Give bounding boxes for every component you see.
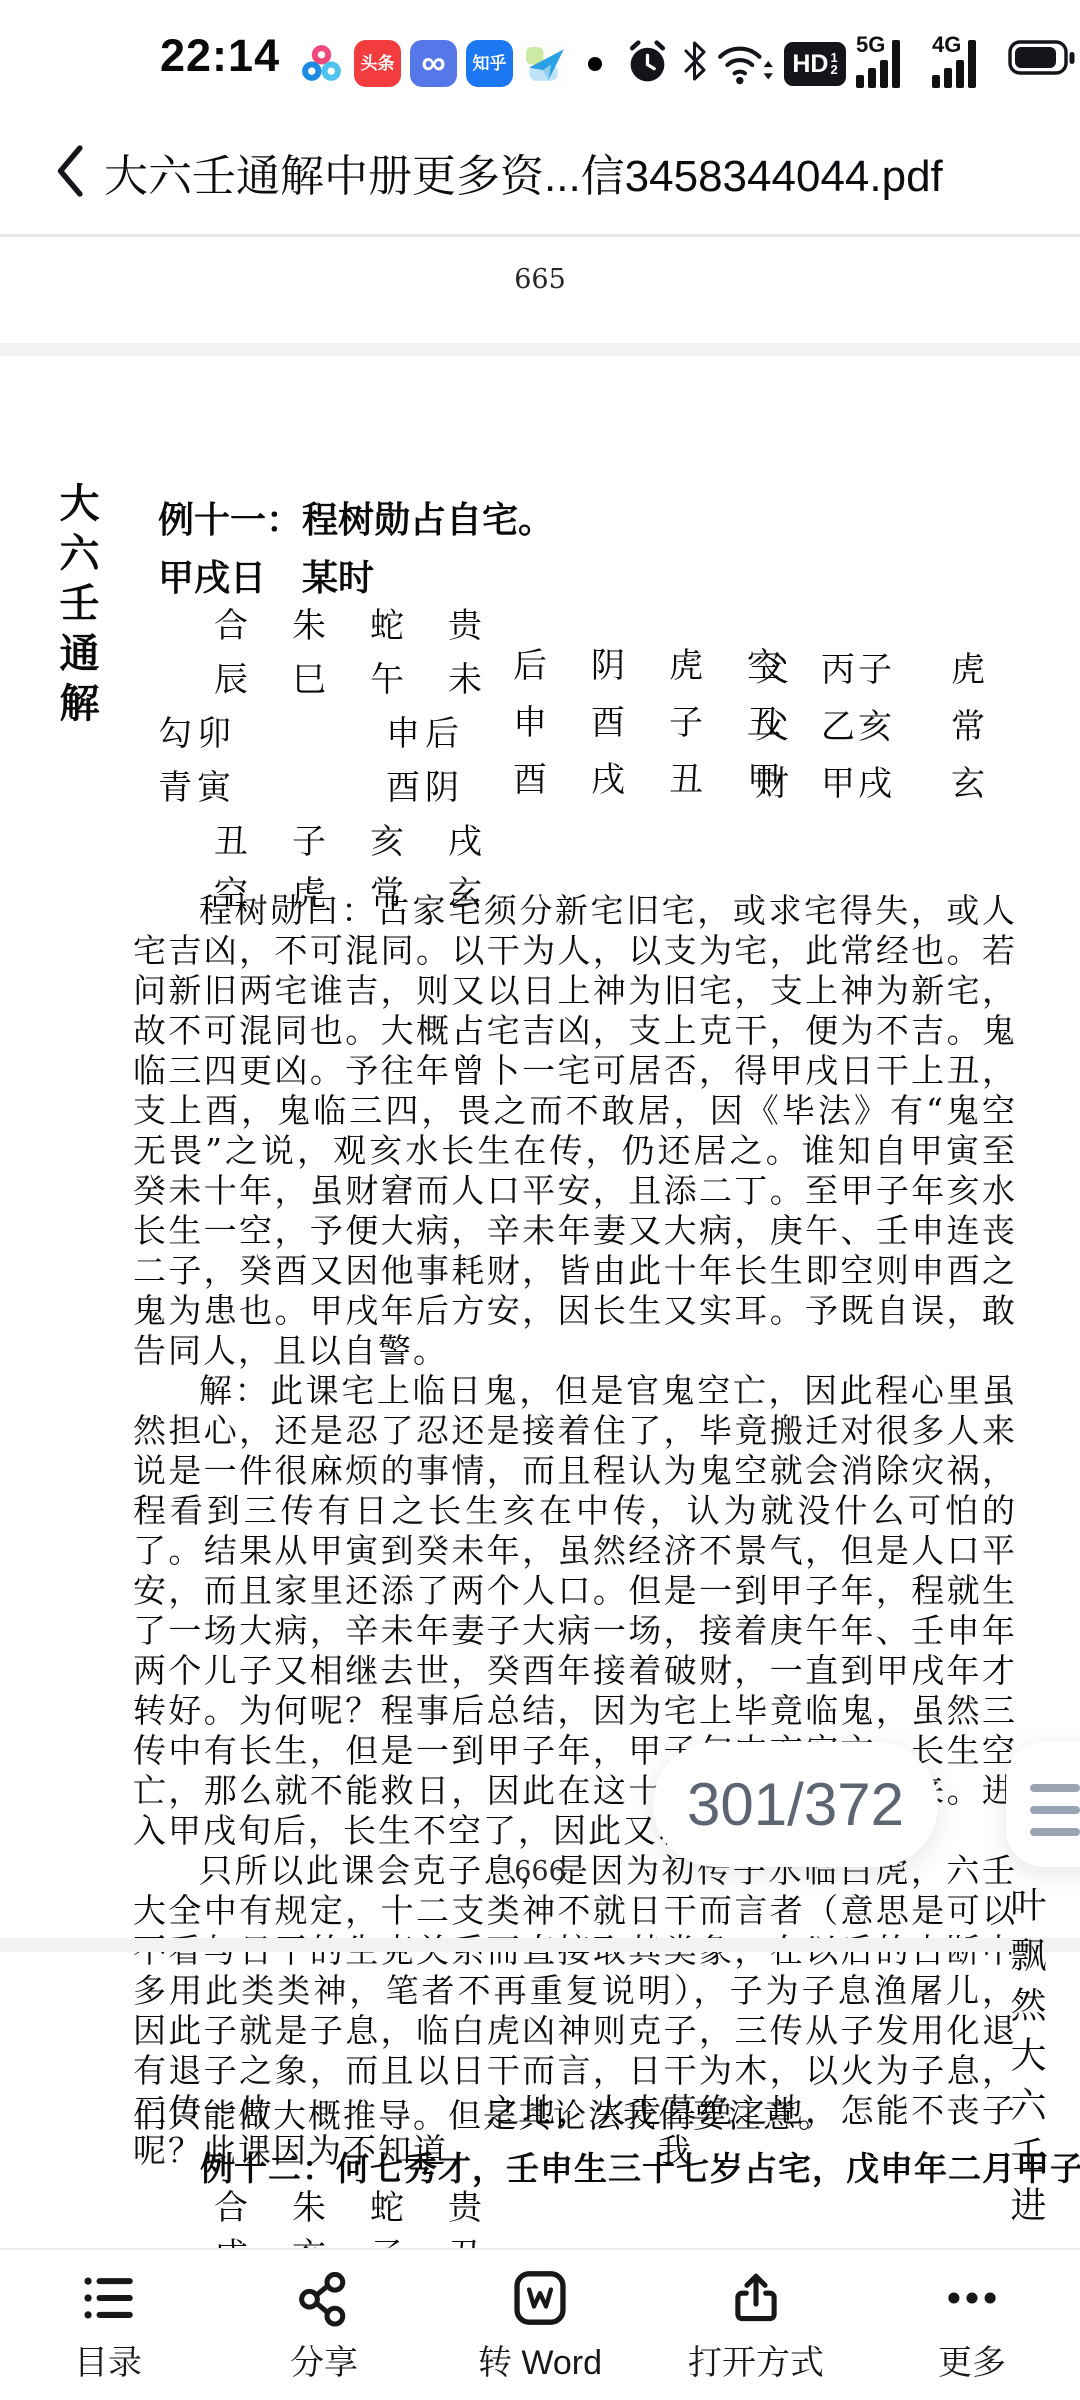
four-lessons-row-1: 后 阴 虎 空 — [513, 638, 786, 687]
relation: 父 — [755, 642, 789, 691]
transmission-row-1: 父 丙子 虎 — [755, 642, 1005, 682]
pillar: 乙亥 — [821, 699, 895, 748]
side-menu-button[interactable] — [1006, 1742, 1080, 1867]
plate-right-mid-2: 酉阴 — [386, 760, 464, 809]
general: 虎 — [951, 642, 985, 691]
page-indicator-pill[interactable]: 301/372 — [653, 1742, 938, 1867]
general: 常 — [951, 699, 985, 748]
status-bar: 22:14 头条 ∞ 知乎 — [0, 0, 1080, 110]
signal-5g-icon: 5G — [856, 34, 922, 88]
hd-voice-badge-icon: HD 1 2 — [784, 42, 846, 86]
zhihu-notification-icon: 知乎 — [466, 40, 513, 87]
case-11-heading: 例十一：程树勋占自宅。 — [158, 492, 554, 543]
bluetooth-icon — [682, 38, 708, 89]
plate-branches-bottom-row: 丑 子 亥 戌 — [214, 814, 487, 863]
word-document-icon — [511, 2269, 569, 2327]
signal-bars — [932, 40, 976, 88]
body-text: 程树勋曰：占家宅须分新宅旧宅，或求宅得失，或人宅吉凶，不可混同。以干为人，以支为… — [133, 891, 1017, 2171]
wifi-icon — [716, 42, 776, 91]
share-nodes-icon — [295, 2269, 353, 2327]
contents-list-icon — [79, 2269, 137, 2327]
relation: 财 — [755, 756, 789, 805]
toolbar-label: 目录 — [74, 2335, 142, 2384]
toolbar-label: 打开方式 — [688, 2335, 824, 2384]
infinity-app-notification-icon: ∞ — [410, 40, 457, 87]
signal-bars — [856, 40, 900, 88]
clock-time: 22:14 — [160, 30, 280, 82]
netdisk-notification-icon — [298, 40, 345, 87]
toolbar-label: 分享 — [290, 2335, 358, 2384]
alarm-clock-icon — [624, 38, 671, 90]
plate-generals-top-row: 合 朱 蛇 贵 — [214, 598, 487, 647]
toolbar-item-contents[interactable]: 目录 — [0, 2250, 216, 2400]
bottom-toolbar: 目录 分享 转 Word — [0, 2248, 1080, 2400]
more-dots-icon — [943, 2269, 1001, 2327]
relation: 父 — [755, 699, 789, 748]
toolbar-label: 转 Word — [478, 2335, 602, 2384]
plate-right-mid-1: 申后 — [386, 706, 464, 755]
app-screen: 22:14 头条 ∞ 知乎 — [0, 0, 1080, 2400]
plate-left-mid-2: 青寅 — [158, 760, 236, 809]
four-lessons-row-2: 申 酉 子 丑 — [513, 695, 786, 744]
battery-icon — [1008, 40, 1076, 81]
four-lessons-row-3: 酉 戌 丑 甲 — [513, 752, 786, 801]
plate2-generals-top-row: 合 朱 蛇 贵 — [214, 2180, 487, 2229]
toolbar-item-open-with[interactable]: 打开方式 — [648, 2250, 864, 2400]
export-up-arrow-icon — [727, 2269, 785, 2327]
general: 玄 — [951, 756, 985, 805]
title-bar: 大六壬通解中册更多资...信3458344044.pdf — [0, 110, 1080, 234]
back-button[interactable] — [40, 138, 98, 204]
plate-left-mid-1: 勾卯 — [158, 706, 236, 755]
book-spine-title-vertical-2: 叶飘然大六壬进 — [1000, 1886, 1051, 2246]
hd-fraction: 1 2 — [830, 52, 837, 77]
notification-dot-icon — [588, 57, 602, 71]
paragraph-1: 程树勋曰：占家宅须分新宅旧宅，或求宅得失，或人宅吉凶，不可混同。以干为人，以支为… — [133, 891, 1017, 1371]
book-spine-title-vertical: 大六壬通解 — [48, 482, 105, 732]
titlebar-divider — [0, 234, 1080, 237]
carryover-line: 们只能做大概推导。但是其论法我们要注意。 — [133, 2090, 833, 2137]
day-hour-line: 甲戌日 某时 — [158, 550, 374, 601]
pillar: 丙子 — [821, 642, 895, 691]
chevron-left-icon — [52, 142, 86, 200]
page-666-number: 666 — [0, 1856, 1080, 1887]
toolbar-label: 更多 — [938, 2335, 1006, 2384]
toolbar-item-convert-word[interactable]: 转 Word — [432, 2250, 648, 2400]
pillar: 甲戌 — [821, 756, 895, 805]
hamburger-icon — [1030, 1784, 1080, 1792]
toutiao-notification-icon: 头条 — [354, 40, 401, 87]
transmission-row-2: 父 乙亥 常 — [755, 699, 1005, 739]
document-title: 大六壬通解中册更多资...信3458344044.pdf — [104, 140, 943, 204]
hd-label: HD — [792, 50, 828, 79]
toolbar-item-more[interactable]: 更多 — [864, 2250, 1080, 2400]
telegram-notification-icon — [522, 40, 569, 87]
plate-branches-top-row: 辰 巳 午 未 — [214, 652, 487, 701]
page-separator — [0, 1938, 1080, 1952]
signal-4g-icon: 4G — [932, 34, 998, 88]
page-665-number: 665 — [0, 264, 1080, 295]
transmission-row-3: 财 甲戌 玄 — [755, 756, 1005, 796]
toolbar-item-share[interactable]: 分享 — [216, 2250, 432, 2400]
paper-plane-icon — [522, 40, 569, 87]
page-separator — [0, 343, 1080, 356]
netdisk-logo-icon — [298, 40, 345, 87]
